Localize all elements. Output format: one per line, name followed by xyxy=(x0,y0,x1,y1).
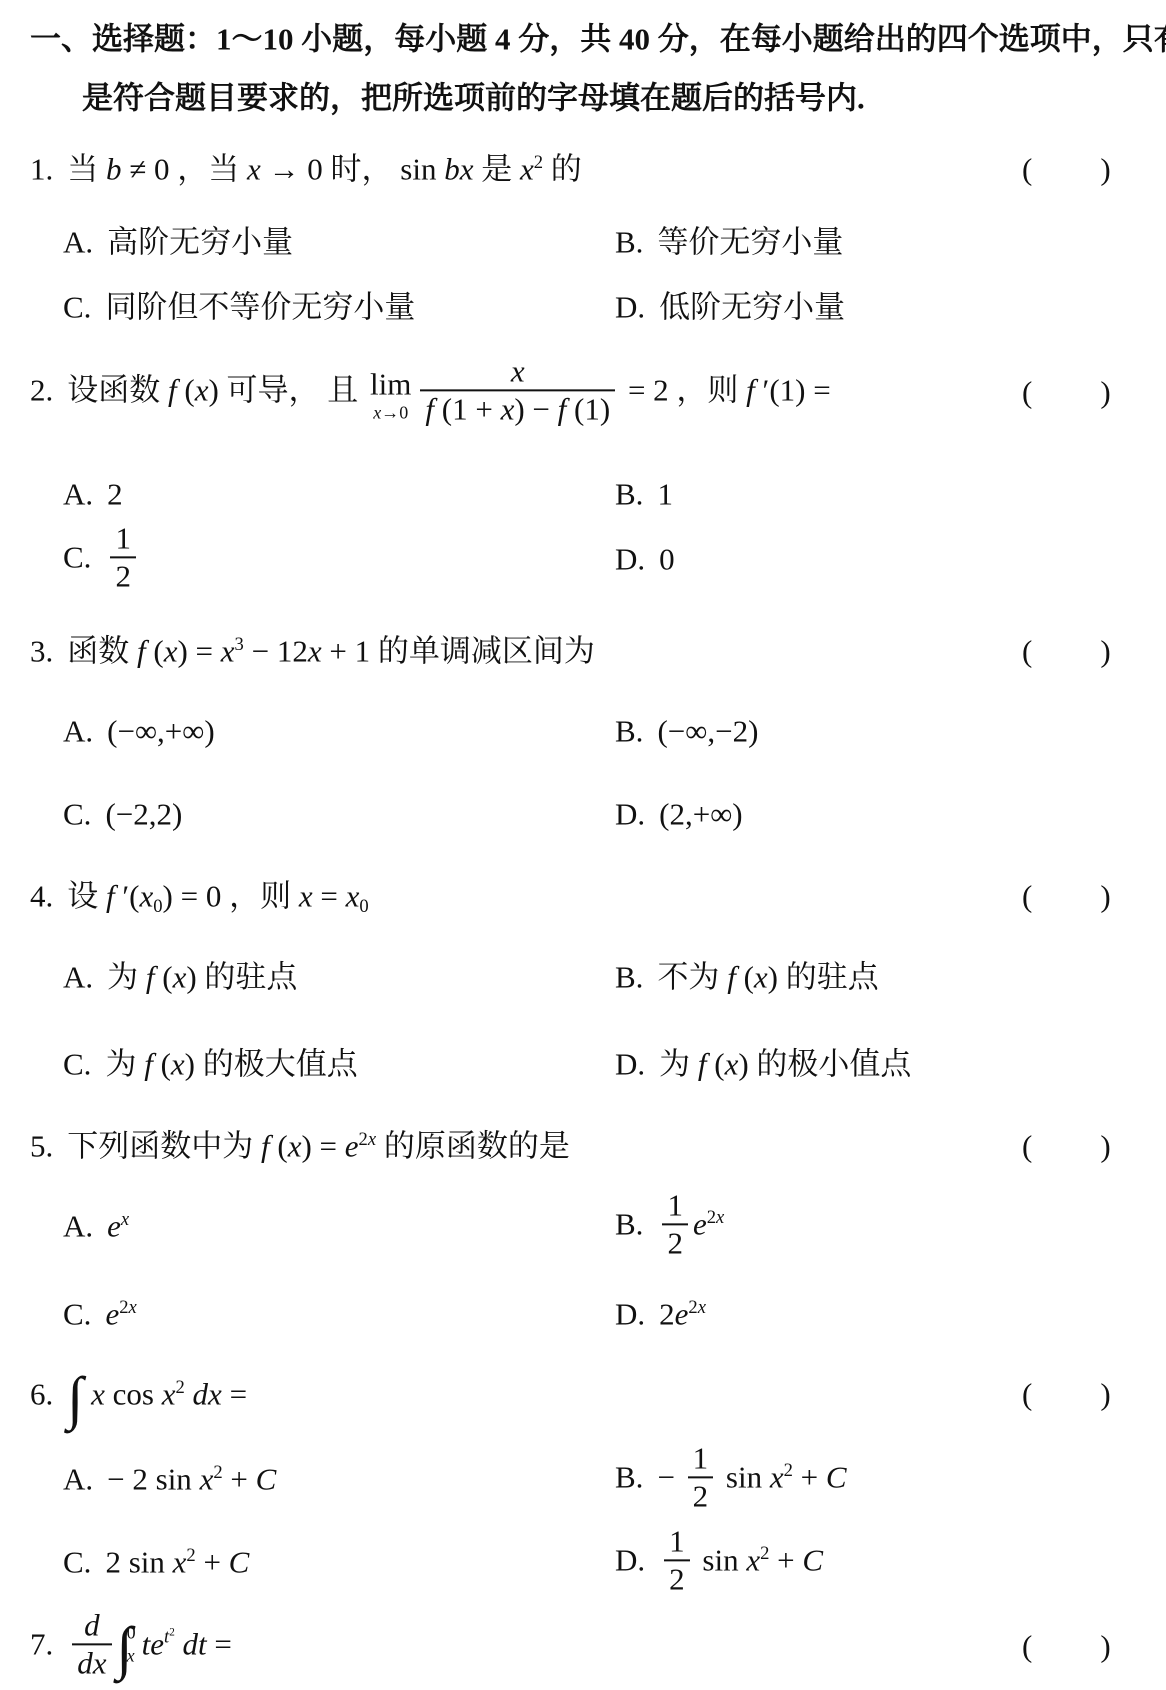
option-label: D. xyxy=(615,796,645,835)
option-label: B. xyxy=(615,476,643,515)
question-5-option-d: D.2e2x xyxy=(615,1296,706,1335)
option-label: A. xyxy=(63,1208,93,1247)
question-6-option-c: C.2 sin x2 + C xyxy=(63,1544,249,1583)
question-1-text: 当 b ≠ 0 ，当 x → 0 时， sin bx 是 x2 的 xyxy=(67,152,582,187)
question-3-text: 函数 f (x) = x3 − 12x + 1 的单调减区间为 xyxy=(67,634,595,669)
option-label: A. xyxy=(63,476,93,515)
question-4-answer-bracket: ( ) xyxy=(1022,878,1113,917)
question-7-answer-bracket: ( ) xyxy=(1022,1628,1113,1667)
question-6-option-a: A.− 2 sin x2 + C xyxy=(63,1461,276,1500)
question-7-number: 7. xyxy=(30,1625,53,1664)
section-header-line1: 一、选择题：1～10 小题，每小题 4 分，共 40 分，在每小题给出的四个选项… xyxy=(30,21,1166,60)
option-label: A. xyxy=(63,1461,93,1500)
question-1-option-a: A.高阶无穷小量 xyxy=(63,224,293,263)
option-label: C. xyxy=(63,796,91,835)
option-text: (−∞,−2) xyxy=(657,714,758,749)
option-label: B. xyxy=(615,1205,643,1244)
option-text: 12 sin x2 + C xyxy=(659,1542,823,1577)
option-text: 为 f (x) 的极大值点 xyxy=(105,1047,357,1082)
question-3-option-a: A.(−∞,+∞) xyxy=(63,713,215,752)
question-5-text: 下列函数中为 f (x) = e2x 的原函数的是 xyxy=(67,1129,570,1164)
question-3-answer-bracket: ( ) xyxy=(1022,633,1113,672)
question-5-answer-bracket: ( ) xyxy=(1022,1128,1113,1167)
option-label: D. xyxy=(615,1046,645,1085)
question-5-number: 5. xyxy=(30,1128,53,1167)
option-text: 同阶但不等价无穷小量 xyxy=(105,290,415,325)
question-3-stem: 3.函数 f (x) = x3 − 12x + 1 的单调减区间为 xyxy=(30,633,595,672)
question-1-option-c: C.同阶但不等价无穷小量 xyxy=(63,289,415,328)
question-1-option-d: D.低阶无穷小量 xyxy=(615,289,845,328)
option-text: (2,+∞) xyxy=(659,797,742,832)
option-text: 不为 f (x) 的驻点 xyxy=(657,960,878,995)
option-text: 2 xyxy=(107,477,123,512)
question-6-answer-bracket: ( ) xyxy=(1022,1376,1113,1415)
question-5-stem: 5.下列函数中为 f (x) = e2x 的原函数的是 xyxy=(30,1128,570,1167)
option-label: A. xyxy=(63,959,93,998)
option-text: (−2,2) xyxy=(105,797,182,832)
question-4-number: 4. xyxy=(30,878,53,917)
question-2-stem: 2.设函数 f (x) 可导， 且 limx→0xf (1 + x) − f (… xyxy=(30,356,831,429)
question-6-text: ∫ x cos x2 dx = xyxy=(67,1377,247,1412)
option-text: 2 sin x2 + C xyxy=(105,1545,249,1580)
question-6-number: 6. xyxy=(30,1376,53,1415)
question-4-text: 设 f ′(x0) = 0 ，则 x = x0 xyxy=(67,879,368,914)
option-label: C. xyxy=(63,1296,91,1335)
question-4-option-d: D.为 f (x) 的极小值点 xyxy=(615,1046,911,1085)
question-1-stem: 1.当 b ≠ 0 ，当 x → 0 时， sin bx 是 x2 的 xyxy=(30,151,582,190)
question-3-option-c: C.(−2,2) xyxy=(63,796,182,835)
question-7-stem: 7.ddx∫0xtet2 dt = xyxy=(30,1610,232,1683)
question-2-option-a: A.2 xyxy=(63,476,123,515)
option-text: 2e2x xyxy=(659,1297,706,1332)
option-text: 等价无穷小量 xyxy=(657,225,843,260)
option-text: 12 xyxy=(105,539,141,574)
section-header-line2: 是符合题目要求的，把所选项前的字母填在题后的括号内. xyxy=(82,80,865,119)
question-6-option-b: B.− 12 sin x2 + C xyxy=(615,1443,847,1516)
question-4-option-a: A.为 f (x) 的驻点 xyxy=(63,959,297,998)
option-label: A. xyxy=(63,224,93,263)
question-2-option-b: B.1 xyxy=(615,476,673,515)
option-label: A. xyxy=(63,713,93,752)
option-text: 低阶无穷小量 xyxy=(659,290,845,325)
question-4-option-c: C.为 f (x) 的极大值点 xyxy=(63,1046,358,1085)
question-1-option-b: B.等价无穷小量 xyxy=(615,224,843,263)
option-label: B. xyxy=(615,224,643,263)
option-label: C. xyxy=(63,1046,91,1085)
question-5-option-b: B.12e2x xyxy=(615,1190,724,1263)
option-text: 为 f (x) 的驻点 xyxy=(107,960,297,995)
option-label: C. xyxy=(63,1544,91,1583)
question-5-option-c: C.e2x xyxy=(63,1296,137,1335)
option-label: D. xyxy=(615,541,645,580)
question-5-option-a: A.ex xyxy=(63,1208,129,1247)
option-text: 0 xyxy=(659,542,675,577)
option-text: ex xyxy=(107,1209,129,1244)
option-label: D. xyxy=(615,1541,645,1580)
question-3-number: 3. xyxy=(30,633,53,672)
question-2-option-d: D.0 xyxy=(615,541,675,580)
question-4-stem: 4.设 f ′(x0) = 0 ，则 x = x0 xyxy=(30,878,369,917)
option-label: D. xyxy=(615,289,645,328)
option-label: D. xyxy=(615,1296,645,1335)
question-3-option-d: D.(2,+∞) xyxy=(615,796,743,835)
question-6-stem: 6.∫ x cos x2 dx = xyxy=(30,1376,247,1415)
option-text: 12e2x xyxy=(657,1206,724,1241)
question-2-answer-bracket: ( ) xyxy=(1022,374,1113,413)
question-2-text: 设函数 f (x) 可导， 且 limx→0xf (1 + x) − f (1)… xyxy=(67,372,830,407)
question-1-number: 1. xyxy=(30,151,53,190)
question-2-number: 2. xyxy=(30,371,53,410)
option-text: 1 xyxy=(657,477,673,512)
option-text: (−∞,+∞) xyxy=(107,714,215,749)
question-6-option-d: D.12 sin x2 + C xyxy=(615,1526,823,1599)
option-text: e2x xyxy=(105,1297,136,1332)
option-text: 高阶无穷小量 xyxy=(107,225,293,260)
option-text: 为 f (x) 的极小值点 xyxy=(659,1047,911,1082)
question-3-option-b: B.(−∞,−2) xyxy=(615,713,758,752)
option-label: B. xyxy=(615,959,643,998)
option-text: − 12 sin x2 + C xyxy=(657,1459,846,1494)
option-text: − 2 sin x2 + C xyxy=(107,1462,276,1497)
option-label: B. xyxy=(615,1458,643,1497)
option-label: B. xyxy=(615,713,643,752)
question-1-answer-bracket: ( ) xyxy=(1022,151,1113,190)
exam-page: 一、选择题：1～10 小题，每小题 4 分，共 40 分，在每小题给出的四个选项… xyxy=(0,0,1166,1690)
option-label: C. xyxy=(63,538,91,577)
option-label: C. xyxy=(63,289,91,328)
question-2-option-c: C.12 xyxy=(63,523,141,596)
question-7-text: ddx∫0xtet2 dt = xyxy=(67,1626,232,1661)
question-4-option-b: B.不为 f (x) 的驻点 xyxy=(615,959,879,998)
